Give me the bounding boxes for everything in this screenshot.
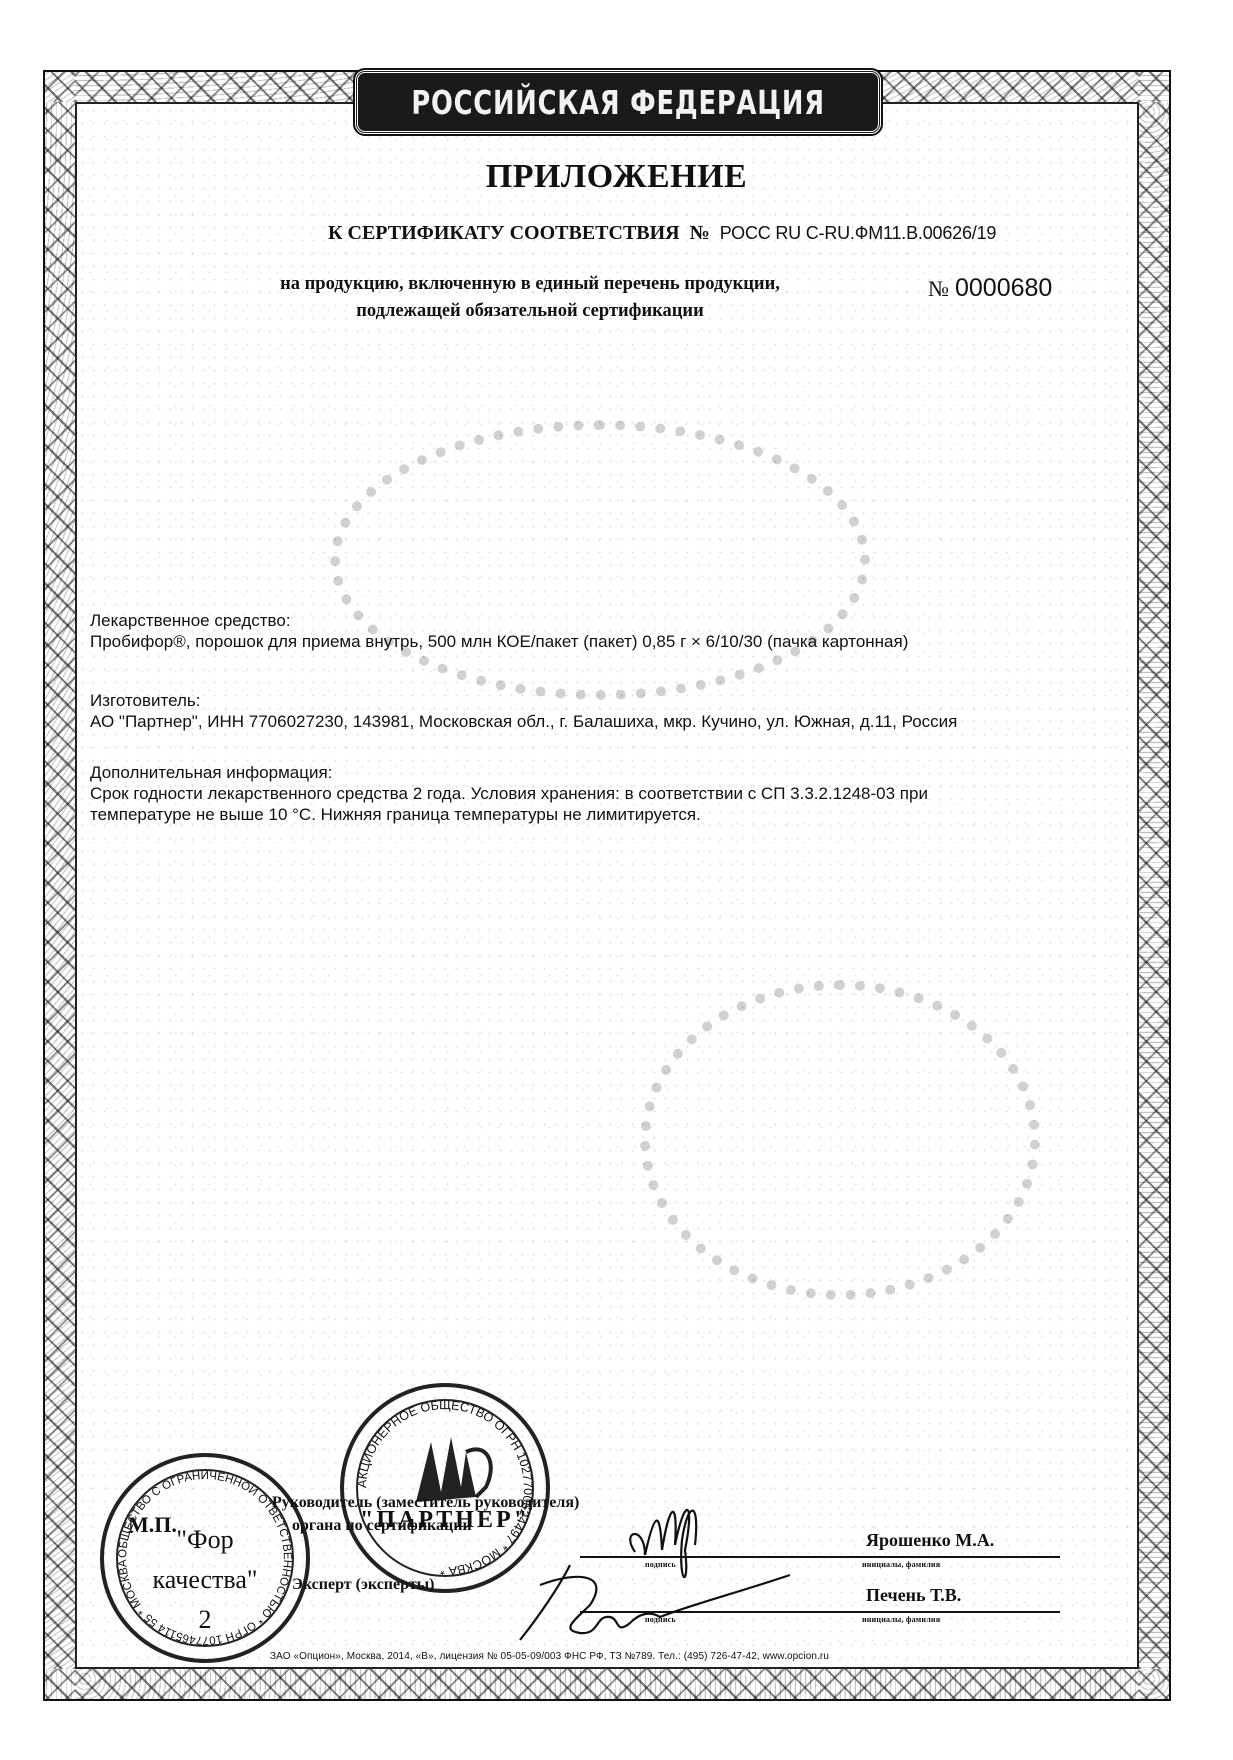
certificate-prefix: К СЕРТИФИКАТУ СООТВЕТСТВИЯ <box>328 222 680 244</box>
stamp-text-line-3: 2 <box>104 1605 306 1635</box>
serial-number-sign: № <box>928 276 949 301</box>
head-signature-line <box>580 1556 880 1558</box>
head-name: Ярошенко М.А. <box>866 1530 994 1551</box>
expert-label: Эксперт (эксперты) <box>292 1576 435 1594</box>
head-name-line <box>880 1556 1060 1558</box>
signature-caption: подпись <box>645 1560 676 1569</box>
head-of-body-label-2: органа по сертификации <box>292 1517 472 1535</box>
signature-caption: подпись <box>645 1615 676 1624</box>
section-additional-info: Дополнительная информация: Срок годности… <box>90 762 1130 825</box>
section-line: АО "Партнер", ИНН 7706027230, 143981, Мо… <box>90 711 1130 732</box>
expert-name: Печень Т.В. <box>866 1585 961 1606</box>
seal-label: М.П. <box>128 1512 177 1538</box>
section-line: Срок годности лекарственного средства 2 … <box>90 783 1130 804</box>
scope-text: на продукцию, включенную в единый перече… <box>0 271 1060 325</box>
banner-text: РОССИЙСКАЯ ФЕДЕРАЦИЯ <box>411 83 824 122</box>
serial-number: №0000680 <box>928 274 1052 303</box>
number-sign: № <box>690 222 710 244</box>
section-line: температуре не выше 10 °С. Нижняя границ… <box>90 804 1130 825</box>
stamp-certification-body: ОБЩЕСТВО С ОГРАНИЧЕННОЙ ОТВЕТСТВЕННОСТЬЮ… <box>100 1453 310 1663</box>
page-title: ПРИЛОЖЕНИЕ <box>0 158 1233 196</box>
name-caption: инициалы, фамилия <box>862 1560 940 1569</box>
section-label: Лекарственное средство: <box>90 610 1130 631</box>
section-label: Дополнительная информация: <box>90 762 1130 783</box>
serial-number-value: 0000680 <box>955 274 1052 302</box>
certificate-number: РОСС RU С-RU.ФМ11.В.00626/19 <box>720 223 996 243</box>
name-caption: инициалы, фамилия <box>862 1615 940 1624</box>
section-manufacturer: Изготовитель: АО "Партнер", ИНН 77060272… <box>90 690 1130 732</box>
section-line: Пробифор®, порошок для приема внутрь, 50… <box>90 631 1130 652</box>
ornamental-frame-inner <box>75 102 1139 1669</box>
stamp-text-line-2: качества" <box>104 1565 306 1595</box>
section-medicine: Лекарственное средство: Пробифор®, порош… <box>90 610 1130 652</box>
section-label: Изготовитель: <box>90 690 1130 711</box>
scope-line-1: на продукцию, включенную в единый перече… <box>0 271 1060 298</box>
printer-imprint: ЗАО «Опцион», Москва, 2014, «В», лицензи… <box>270 1651 829 1662</box>
country-banner: РОССИЙСКАЯ ФЕДЕРАЦИЯ <box>355 70 881 134</box>
expert-name-line <box>880 1611 1060 1613</box>
head-of-body-label: Руководитель (заместитель руководителя) <box>272 1494 579 1512</box>
scope-line-2: подлежащей обязательной сертификации <box>0 298 1060 325</box>
expert-signature-line <box>580 1611 880 1613</box>
certificate-line: К СЕРТИФИКАТУ СООТВЕТСТВИЯ№РОСС RU С-RU.… <box>328 222 996 245</box>
